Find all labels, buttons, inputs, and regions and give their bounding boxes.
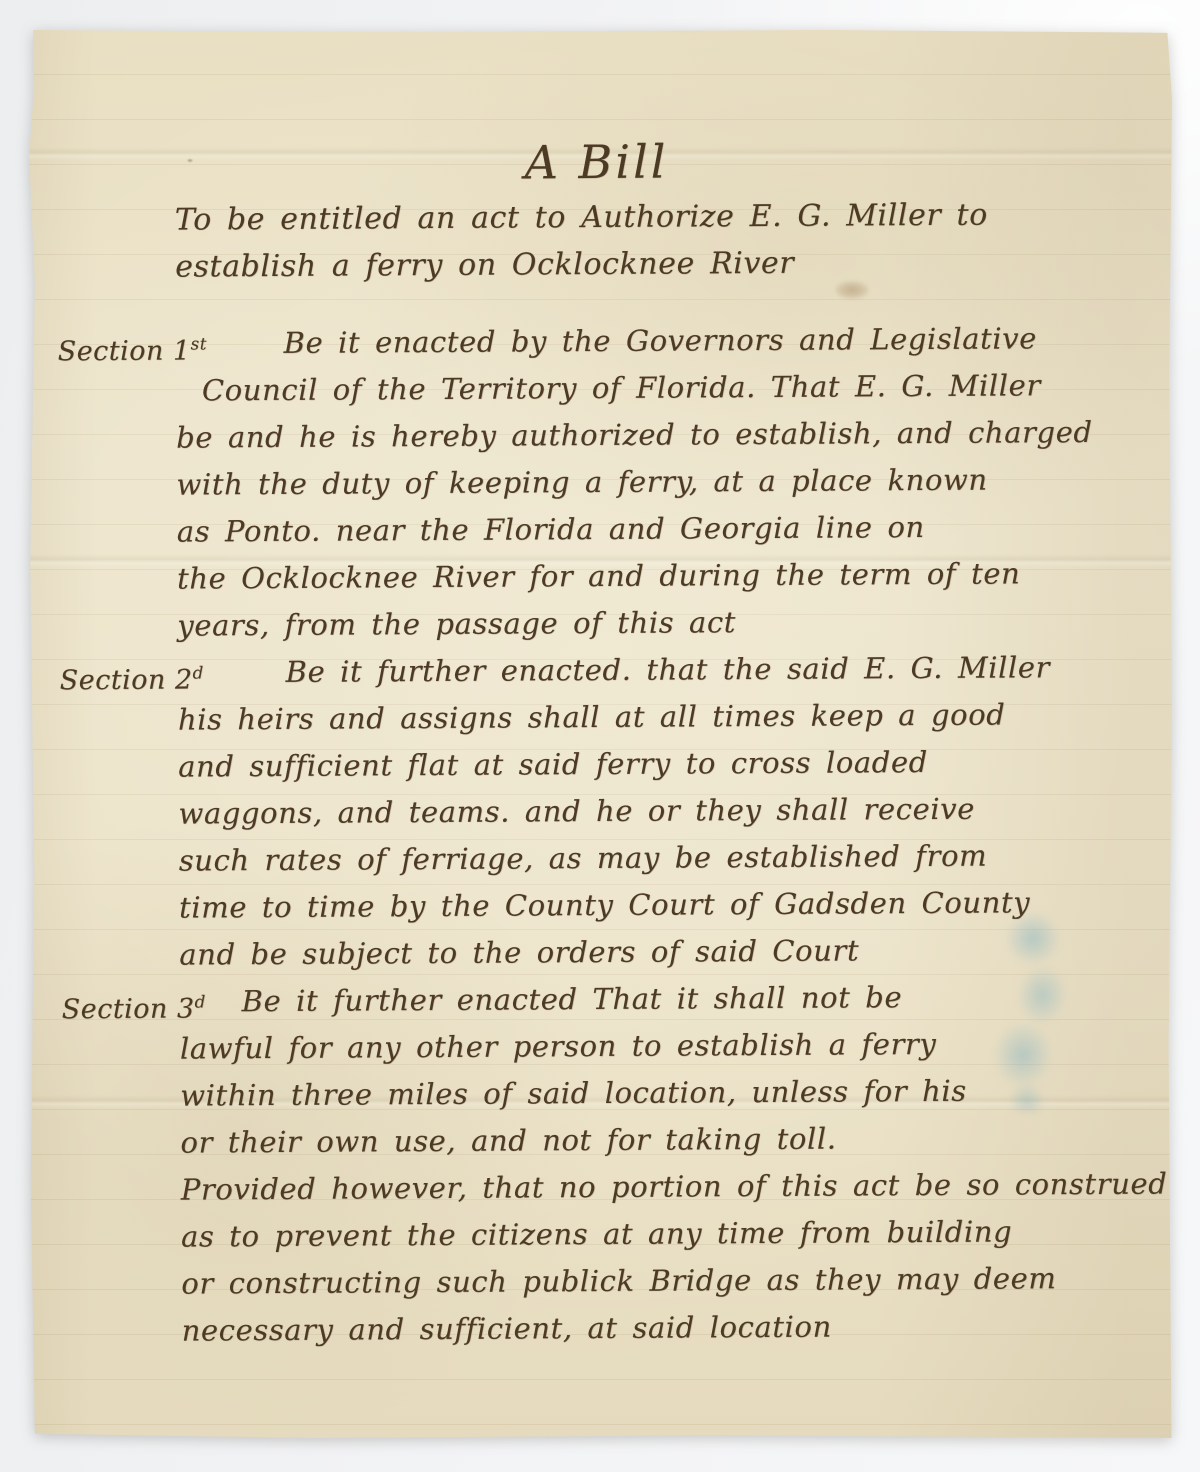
handwritten-line: lawful for any other person to establish… [180,1020,1172,1073]
section-3: Section 3d Be it further enacted That it… [29,973,1172,1168]
handwritten-line: Be it further enacted. that the said E. … [285,644,1171,696]
subtitle-line: establish a ferry on Ocklocknee River [175,238,1169,291]
handwritten-line: time to time by the County Court of Gads… [179,879,1172,932]
handwritten-line: Provided however, that no portion of thi… [181,1160,1172,1213]
handwritten-line: or constructing such publick Bridge as t… [181,1254,1172,1307]
section-2-marker: Section 2d [59,649,204,697]
bill-body: Section 1st Be it enacted by the Governo… [28,315,1172,1356]
subtitle-line: To be entitled an act to Authorize E. G.… [175,191,1169,244]
handwritten-line: with the duty of keeping a ferry, at a p… [176,456,1170,509]
handwritten-line: the Ocklocknee River for and during the … [177,550,1171,603]
handwritten-line: Be it further enacted That it shall not … [241,973,1172,1026]
handwritten-line: Council of the Territory of Florida. Tha… [202,362,1170,415]
handwritten-line: be and he is hereby authorized to establ… [176,409,1170,462]
section-3-marker-sup: d [195,991,206,1011]
section-3-marker: Section 3d [61,978,206,1026]
section-1-marker-sup: st [191,333,207,353]
handwritten-line: waggons, and teams. and he or they shall… [178,785,1172,838]
section-1: Section 1st Be it enacted by the Governo… [28,315,1171,651]
handwritten-line: as to prevent the citizens at any time f… [181,1207,1172,1260]
handwritten-line: or their own use, and not for taking tol… [180,1113,1172,1166]
handwritten-line: such rates of ferriage, as may be establ… [179,832,1172,885]
section-2-marker-text: Section 2 [60,664,193,696]
scan-background: A Bill To be entitled an act to Authoriz… [0,0,1200,1472]
handwritten-line: his heirs and assigns shall at all times… [178,691,1172,744]
handwritten-text: A Bill To be entitled an act to Authoriz… [28,30,1172,1438]
section-2-marker-sup: d [193,662,204,682]
handwritten-line: necessary and sufficient, at said locati… [181,1301,1172,1354]
document-paper: A Bill To be entitled an act to Authoriz… [28,30,1172,1438]
section-1-marker-text: Section 1 [58,335,191,367]
section-3-marker-text: Section 3 [62,993,195,1025]
bill-subtitle: To be entitled an act to Authorize E. G.… [28,191,1169,292]
section-2: Section 2d Be it further enacted. that t… [28,644,1172,980]
handwritten-line: and be subject to the orders of said Cou… [179,926,1172,979]
paper-sheet: A Bill To be entitled an act to Authoriz… [28,30,1172,1438]
section-1-marker: Section 1st [57,320,207,368]
handwritten-line: within three miles of said location, unl… [180,1066,1172,1119]
bill-title: A Bill [28,129,1169,196]
handwritten-line: and sufficient flat at said ferry to cro… [178,738,1172,791]
handwritten-line: Be it enacted by the Governors and Legis… [283,315,1169,367]
proviso-clause: Provided however, that no portion of thi… [31,1160,1172,1355]
handwritten-line: as Ponto. near the Florida and Georgia l… [177,503,1171,556]
handwritten-line: years, from the passage of this act [177,597,1171,650]
